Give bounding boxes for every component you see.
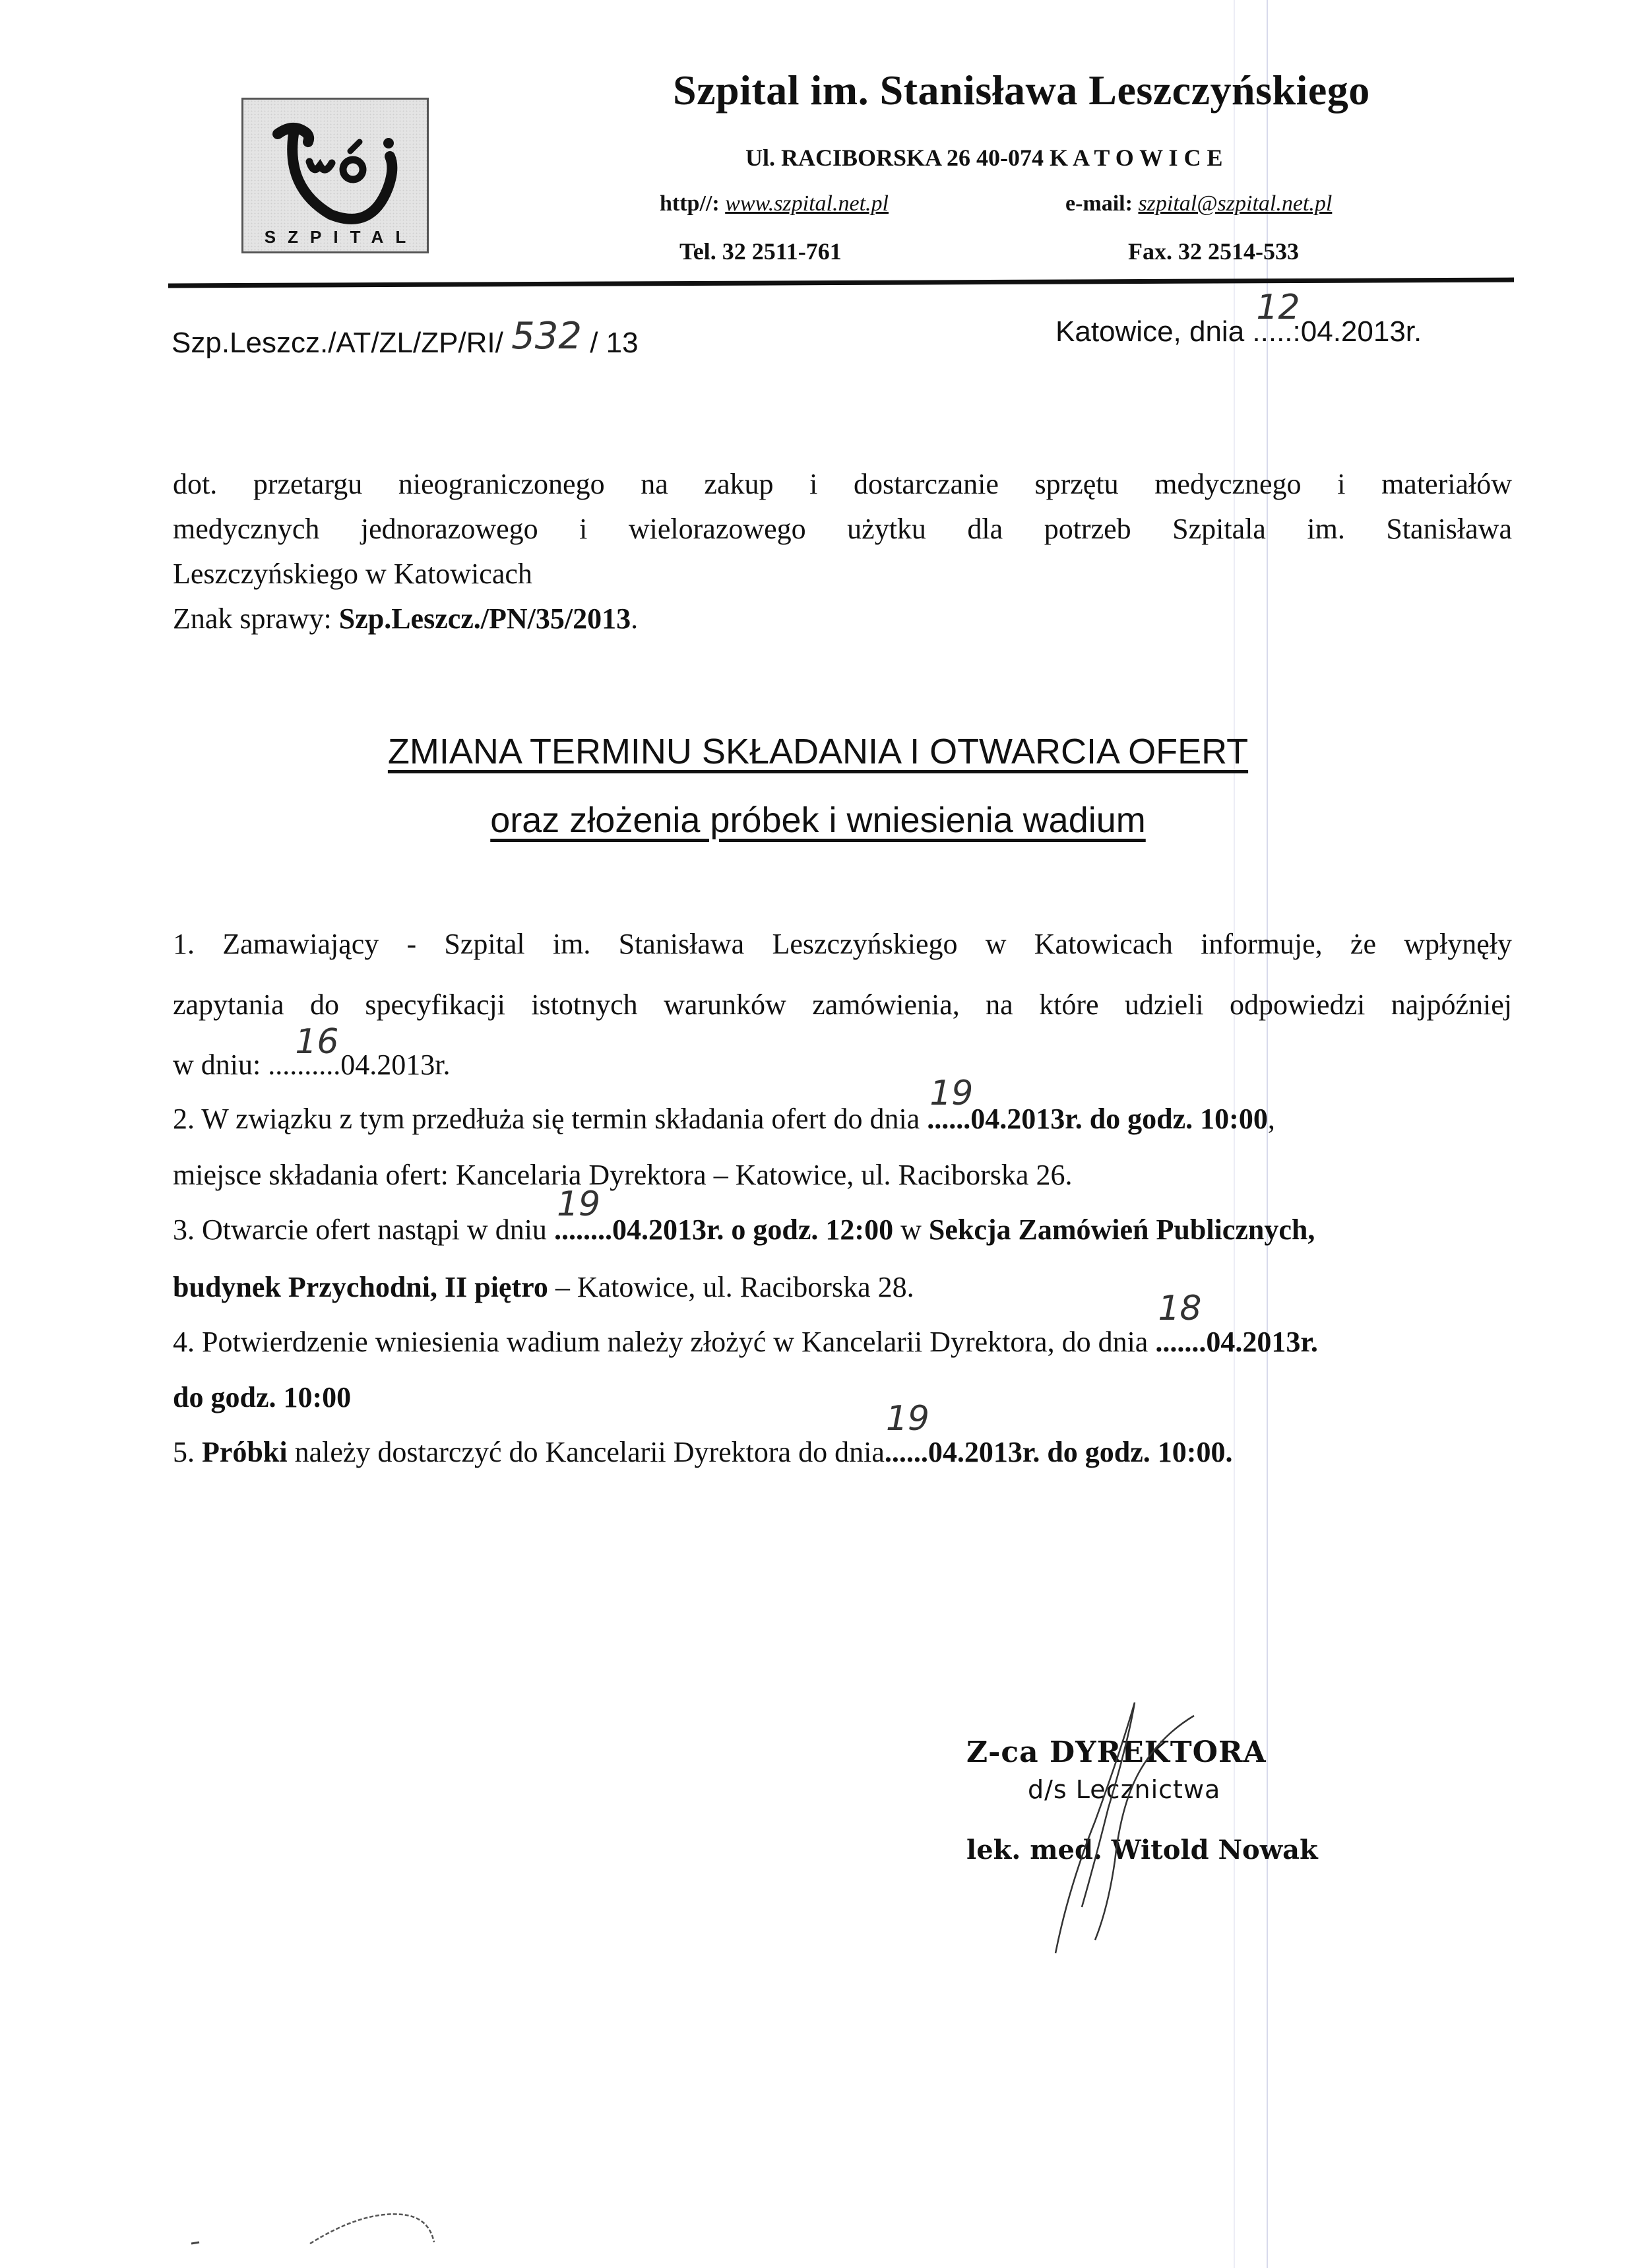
p3-date-fill: 19........04.2013r. o godz. 12:00 — [554, 1214, 893, 1246]
document-subtitle: oraz złożenia próbek i wniesienia wadium — [0, 800, 1636, 841]
p4-date-fill: 18.......04.2013r. — [1155, 1326, 1318, 1358]
hospital-logo: SZPITAL — [241, 98, 429, 253]
handwritten-signature-icon — [1042, 1689, 1280, 1966]
p3-opening-time: ........04.2013r. o godz. 12:00 — [554, 1214, 893, 1246]
p2-deadline: 04.2013r. do godz. 10:00 — [970, 1103, 1268, 1135]
p5-deadline: ......04.2013r. do godz. 10:00. — [885, 1436, 1233, 1468]
subject-line: dot. przetargu nieograniczonego na zakup… — [173, 462, 1512, 507]
p5-mid: należy dostarczyć do Kancelarii Dyrektor… — [288, 1436, 885, 1468]
case-end: . — [631, 602, 638, 635]
reference-prefix: Szp.Leszcz./AT/ZL/ZP/RI/ — [172, 327, 503, 359]
website-line: http//: www.szpital.net.pl — [660, 191, 889, 216]
point-2-line-2: miejsce składania ofert: Kancelaria Dyre… — [173, 1158, 1512, 1192]
p3-address: – Katowice, ul. Raciborska 28. — [548, 1271, 914, 1303]
p5-samples: Próbki — [202, 1436, 288, 1468]
case-number: Szp.Leszcz./PN/35/2013 — [339, 602, 631, 635]
header-divider — [168, 278, 1514, 288]
p3-building: budynek Przychodni, II piętro — [173, 1271, 548, 1303]
p5-number: 5. — [173, 1436, 202, 1468]
point-5-line-1: 5. Próbki należy dostarczyć do Kancelari… — [173, 1435, 1512, 1469]
p2-end: , — [1268, 1103, 1275, 1135]
document-title: ZMIANA TERMINU SKŁADANIA I OTWARCIA OFER… — [0, 731, 1636, 772]
logo-label: SZPITAL — [243, 227, 427, 247]
website-label: http//: — [660, 191, 720, 216]
point-1-line-2: zapytania do specyfikacji istotnych waru… — [173, 988, 1512, 1021]
smiling-face-logo-icon — [253, 109, 418, 228]
hospital-address: Ul. RACIBORSKA 26 40-074 K A T O W I C E — [745, 144, 1223, 172]
title-line-1: ZMIANA TERMINU SKŁADANIA I OTWARCIA OFER… — [388, 732, 1248, 771]
point-1-line-1: 1. Zamawiający - Szpital im. Stanisława … — [173, 927, 1512, 961]
hospital-name: Szpital im. Stanisława Leszczyńskiego — [673, 66, 1370, 115]
date-suffix: :04.2013r. — [1293, 315, 1422, 348]
p3-place: Sekcja Zamówień Publicznych, — [929, 1214, 1315, 1246]
reference-suffix: / 13 — [590, 327, 638, 359]
handwritten-day: 19 — [929, 1074, 973, 1113]
p3-prefix: 3. Otwarcie ofert nastąpi w dniu — [173, 1214, 554, 1246]
email-line: e-mail: szpital@szpital.net.pl — [1065, 191, 1332, 216]
email-label: e-mail: — [1065, 191, 1133, 216]
handwritten-day: 19 — [886, 1399, 929, 1439]
p5-date-fill: 19......04.2013r. do godz. 10:00. — [885, 1436, 1233, 1468]
phone-number: Tel. 32 2511-761 — [679, 238, 842, 265]
point-4-line-1: 4. Potwierdzenie wniesienia wadium należ… — [173, 1325, 1512, 1359]
case-reference: Znak sprawy: Szp.Leszcz./PN/35/2013. — [173, 597, 1512, 641]
p1-prefix: w dniu: . — [173, 1049, 275, 1081]
date-fill: 12..... — [1252, 315, 1292, 348]
subject-line: medycznych jednorazowego i wielorazowego… — [173, 507, 1512, 552]
fax-number: Fax. 32 2514-533 — [1128, 238, 1299, 265]
handwritten-day: 16 — [295, 1022, 338, 1062]
p1-date-fill: 16......... — [275, 1049, 340, 1081]
p2-prefix: 2. W związku z tym przedłuża się termin … — [173, 1103, 927, 1135]
email-link[interactable]: szpital@szpital.net.pl — [1138, 191, 1332, 216]
place-date-prefix: Katowice, dnia — [1055, 315, 1244, 348]
reference-number: Szp.Leszcz./AT/ZL/ZP/RI/ 532 / 13 — [172, 319, 639, 362]
p3-mid: w — [893, 1214, 929, 1246]
p2-date-fill: 19...... — [927, 1103, 970, 1135]
point-4-line-2: do godz. 10:00 — [173, 1380, 1512, 1414]
point-1-line-3: w dniu: .16.........04.2013r. — [173, 1048, 1512, 1082]
subject-block: dot. przetargu nieograniczonego na zakup… — [173, 462, 1512, 641]
point-2-line-1: 2. W związku z tym przedłuża się termin … — [173, 1102, 1512, 1136]
stray-pen-mark-icon — [185, 2197, 501, 2257]
p4-date: .......04.2013r. — [1155, 1326, 1318, 1358]
website-link[interactable]: www.szpital.net.pl — [725, 191, 889, 216]
p4-time: do godz. 10:00 — [173, 1381, 351, 1413]
handwritten-day: 12 — [1256, 288, 1300, 327]
p1-suffix: 04.2013r. — [340, 1049, 450, 1081]
p4-prefix: 4. Potwierdzenie wniesienia wadium należ… — [173, 1326, 1155, 1358]
point-3-line-2: budynek Przychodni, II piętro – Katowice… — [173, 1270, 1512, 1304]
subject-line: Leszczyńskiego w Katowicach — [173, 552, 1512, 597]
handwritten-day: 19 — [557, 1184, 600, 1224]
handwritten-reference-number: 532 — [511, 315, 582, 358]
case-label: Znak sprawy: — [173, 602, 332, 635]
title-line-2: oraz złożenia próbek i wniesienia wadium — [490, 800, 1146, 840]
handwritten-day: 18 — [1158, 1289, 1201, 1328]
place-and-date: Katowice, dnia 12.....:04.2013r. — [1055, 315, 1422, 348]
point-3-line-1: 3. Otwarcie ofert nastąpi w dniu 19.....… — [173, 1213, 1512, 1247]
